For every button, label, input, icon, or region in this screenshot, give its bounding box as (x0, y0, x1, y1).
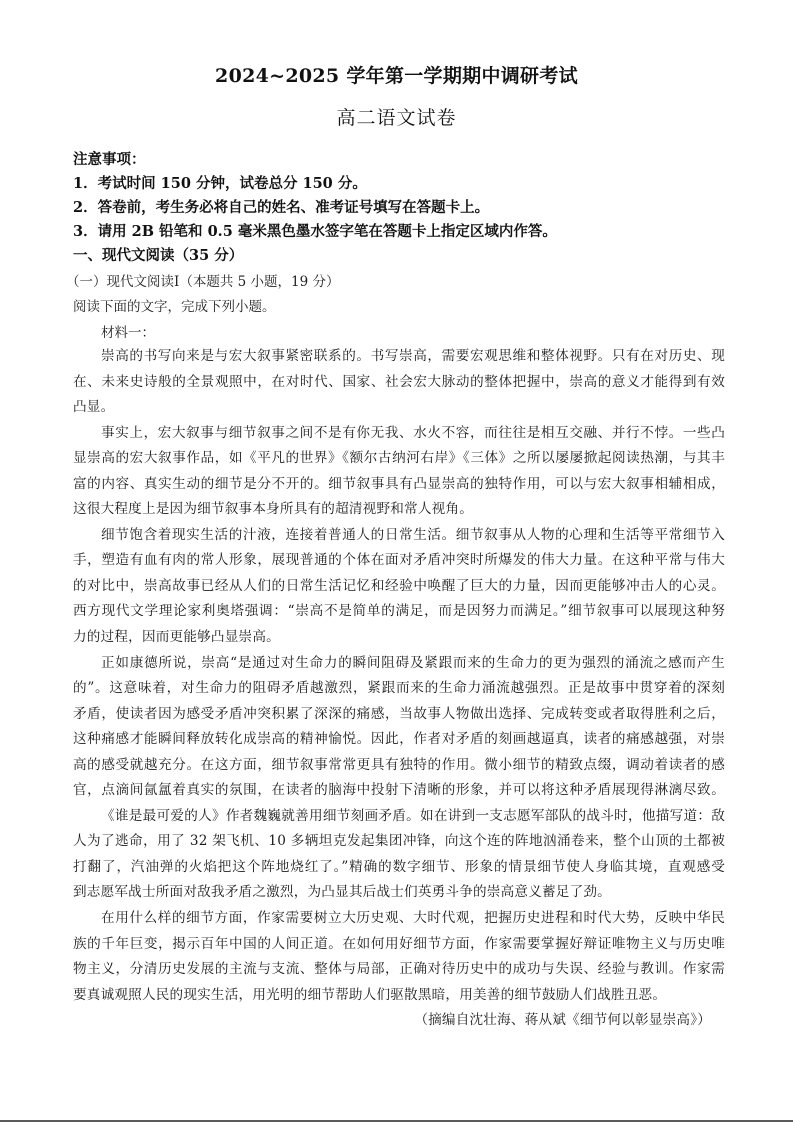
material-label: 材料一： (101, 321, 155, 341)
passage-line: 《谁是最可爱的人》作者魏巍就善用细节刻画矛盾。如在讲到一支志愿军部队的战斗时，他… (73, 804, 725, 830)
passage-line: 手，塑造有血有肉的常人形象，展现普通的个体在面对矛盾冲突时所爆发的伟大力量。在这… (73, 548, 725, 574)
passage-body: 崇高的书写向来是与宏大叙事紧密联系的。书写崇高，需要宏观思维和整体视野。只有在对… (73, 344, 725, 1034)
passage-line: 高的感受就越充分。在这方面，细节叙事常常更具有独特的作用。微小细节的精致点缀，调… (73, 753, 725, 779)
passage-line: 到志愿军战士所面对敌我矛盾之激烈，为凸显其后战士们英勇斗争的崇高意义蓄足了劲。 (73, 880, 725, 906)
passage-line: 矛盾，使读者因为感受矛盾冲突积累了深深的痛感，当故事人物做出选择、完成转变或者取… (73, 702, 725, 728)
passage-line: 的对比中，崇高故事已经从人们的日常生活记忆和经验中唤醒了巨大的力量，因而更能够冲… (73, 574, 725, 600)
passage-line: 崇高的书写向来是与宏大叙事紧密联系的。书写崇高，需要宏观思维和整体视野。只有在对… (73, 344, 725, 370)
passage-line: 正如康德所说，崇高“是通过对生命力的瞬间阻碍及紧跟而来的生命力的更为强烈的涌流之… (73, 651, 725, 677)
passage-line: 事实上，宏大叙事与细节叙事之间不是有你无我、水火不容，而往往是相互交融、并行不悖… (73, 421, 725, 447)
passage-line: 的”。这意味着，对生命力的阻碍矛盾越激烈，紧跟而来的生命力涌流越强烈。正是故事中… (73, 676, 725, 702)
passage-line: 这种痛感才能瞬间释放转化成崇高的精神愉悦。因此，作者对矛盾的刻画越逼真，读者的痛… (73, 727, 725, 753)
passage-line: 人为了逃命，用了 32 架飞机、10 多辆坦克发起集团冲锋，向这个连的阵地汹涌卷… (73, 829, 725, 855)
passage-line: 力的过程，因而更能够凸显崇高。 (73, 625, 725, 651)
note-item-1: 1．考试时间 150 分钟，试卷总分 150 分。 (73, 172, 367, 193)
section-heading: 一、现代文阅读（35 分） (73, 244, 243, 265)
passage-source: （摘编自沈壮海、蒋从斌《细节何以彰显崇高》） (73, 1008, 725, 1034)
passage-line: 族的千年巨变，揭示百年中国的人间正道。在如何用好细节方面，作家需要掌握好辩证唯物… (73, 932, 725, 958)
passage-line: 在用什么样的细节方面，作家需要树立大历史观、大时代观，把握历史进程和时代大势，反… (73, 906, 725, 932)
notes-heading: 注意事项： (73, 148, 146, 169)
section-subheading: （一）现代文阅读Ⅰ（本题共 5 小题，19 分） (66, 270, 339, 290)
exam-page: 2024~2025 学年第一学期期中调研考试 高二语文试卷 注意事项： 1．考试… (0, 0, 793, 1120)
note-item-3: 3．请用 2B 铅笔和 0.5 毫米黑色墨水签字笔在答题卡上指定区域内作答。 (73, 220, 557, 241)
passage-line: 细节饱含着现实生活的汁液，连接着普通人的日常生活。细节叙事从人物的心理和生活等平… (73, 523, 725, 549)
passage-line: 这很大程度上是因为细节叙事本身所具有的超清视野和常人视角。 (73, 497, 725, 523)
passage-line: 要真诚观照人民的现实生活，用光明的细节帮助人们驱散黑暗，用美善的细节鼓励人们战胜… (73, 983, 725, 1009)
note-item-2: 2．答卷前，考生务必将自己的姓名、准考证号填写在答题卡上。 (73, 196, 489, 217)
passage-line: 显崇高的宏大叙事作品，如《平凡的世界》《额尔古纳河右岸》《三体》之所以屡屡掀起阅… (73, 446, 725, 472)
passage-line: 物主义，分清历史发展的主流与支流、整体与局部，正确对待历史中的成功与失误、经验与… (73, 957, 725, 983)
passage-line: 在、未来史诗般的全景观照中，在对时代、国家、社会宏大脉动的整体把握中，崇高的意义… (73, 370, 725, 396)
passage-line: 西方现代文学理论家利奥塔强调：“崇高不是简单的满足，而是因努力而满足。”细节叙事… (73, 599, 725, 625)
paper-title: 高二语文试卷 (0, 103, 793, 130)
passage-line: 富的内容、真实生动的细节是分不开的。细节叙事具有凸显崇高的独特作用，可以与宏大叙… (73, 472, 725, 498)
exam-title: 2024~2025 学年第一学期期中调研考试 (0, 61, 793, 88)
passage-line: 官，点滴间氤氲着真实的氛围，在读者的脑海中投射下清晰的形象，并可以将这种矛盾展现… (73, 778, 725, 804)
reading-instruction: 阅读下面的文字，完成下列小题。 (73, 295, 276, 315)
passage-line: 凸显。 (73, 395, 725, 421)
passage-line: 打翻了，汽油弹的火焰把这个阵地烧红了。”精确的数字细节、形象的情景细节使人身临其… (73, 855, 725, 881)
